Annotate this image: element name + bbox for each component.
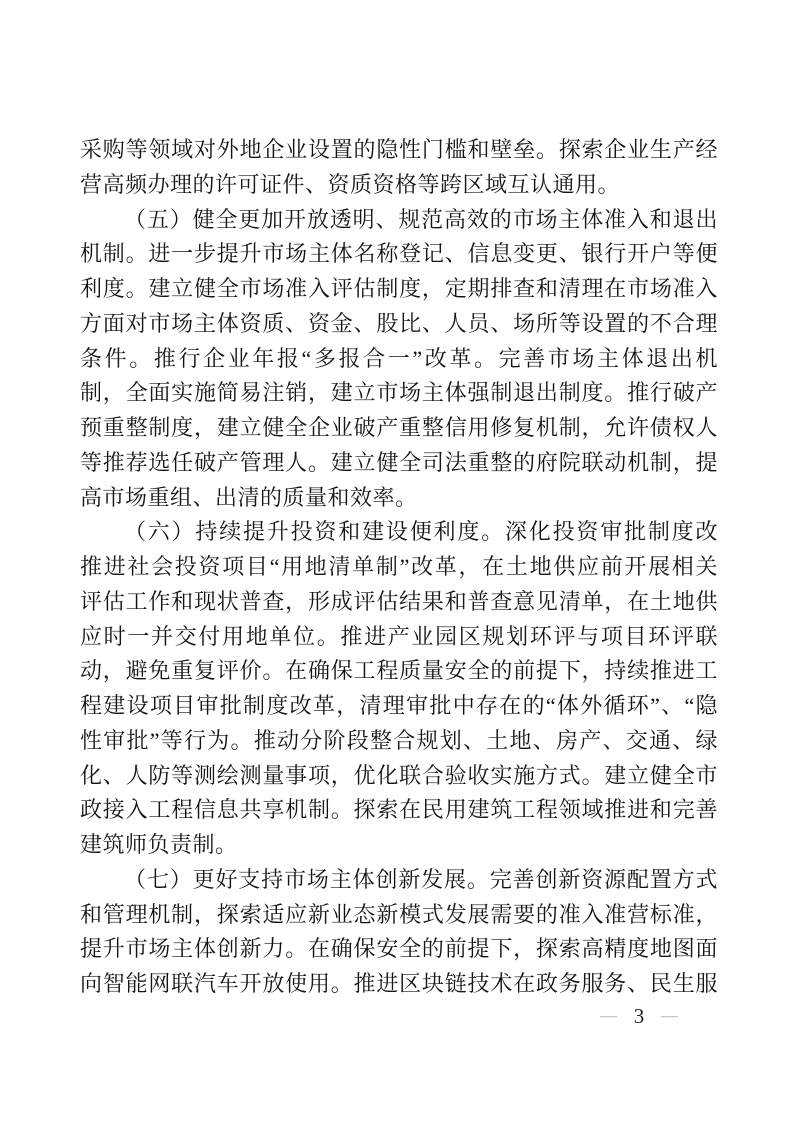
page-number-dash-left: —: [600, 1005, 617, 1027]
text-line: （七）更好支持市场主体创新发展。完善创新资源配置方式: [80, 863, 718, 898]
paragraph: （五）健全更加开放透明、规范高效的市场主体准入和退出机制。进一步提升市场主体名称…: [80, 203, 718, 516]
text-line: 性审批”等行为。推动分阶段整合规划、土地、房产、交通、绿: [80, 724, 718, 759]
text-line: 采购等领域对外地企业设置的隐性门槛和壁垒。探索企业生产经: [80, 133, 718, 168]
text-line: 向智能网联汽车开放使用。推进区块链技术在政务服务、民生服: [80, 967, 718, 1002]
text-line: 营高频办理的许可证件、资质资格等跨区域互认通用。: [80, 168, 718, 203]
text-line: 化、人防等测绘测量事项，优化联合验收实施方式。建立健全市: [80, 759, 718, 794]
text-line: 制，全面实施简易注销，建立市场主体强制退出制度。推行破产: [80, 376, 718, 411]
text-line: 建筑师负责制。: [80, 828, 718, 863]
text-line: 应时一并交付用地单位。推进产业园区规划环评与项目环评联: [80, 620, 718, 655]
text-line: 推进社会投资项目“用地清单制”改革，在土地供应前开展相关: [80, 550, 718, 585]
text-line: 等推荐选任破产管理人。建立健全司法重整的府院联动机制，提: [80, 446, 718, 481]
text-line: （六）持续提升投资和建设便利度。深化投资审批制度改革。: [80, 515, 718, 550]
text-line: 利度。建立健全市场准入评估制度，定期排查和清理在市场准入: [80, 272, 718, 307]
text-line: 方面对市场主体资质、资金、股比、人员、场所等设置的不合理: [80, 307, 718, 342]
text-line: 条件。推行企业年报“多报合一”改革。完善市场主体退出机: [80, 342, 718, 377]
text-line: （五）健全更加开放透明、规范高效的市场主体准入和退出: [80, 203, 718, 238]
paragraph: （七）更好支持市场主体创新发展。完善创新资源配置方式和管理机制，探索适应新业态新…: [80, 863, 718, 1002]
paragraph: 采购等领域对外地企业设置的隐性门槛和壁垒。探索企业生产经营高频办理的许可证件、资…: [80, 133, 718, 203]
paragraph: （六）持续提升投资和建设便利度。深化投资审批制度改革。推进社会投资项目“用地清单…: [80, 515, 718, 863]
document-page: 采购等领域对外地企业设置的隐性门槛和壁垒。探索企业生产经营高频办理的许可证件、资…: [0, 0, 800, 1133]
text-line: 动，避免重复评价。在确保工程质量安全的前提下，持续推进工: [80, 654, 718, 689]
page-footer: — 3 —: [600, 1002, 678, 1030]
document-body: 采购等领域对外地企业设置的隐性门槛和壁垒。探索企业生产经营高频办理的许可证件、资…: [80, 133, 718, 1002]
text-line: 预重整制度，建立健全企业破产重整信用修复机制，允许债权人: [80, 411, 718, 446]
text-line: 机制。进一步提升市场主体名称登记、信息变更、银行开户等便: [80, 237, 718, 272]
text-line: 评估工作和现状普查，形成评估结果和普查意见清单，在土地供: [80, 585, 718, 620]
page-number: 3: [634, 1002, 645, 1030]
text-line: 和管理机制，探索适应新业态新模式发展需要的准入准营标准，: [80, 898, 718, 933]
text-line: 提升市场主体创新力。在确保安全的前提下，探索高精度地图面: [80, 932, 718, 967]
text-line: 程建设项目审批制度改革，清理审批中存在的“体外循环”、“隐: [80, 689, 718, 724]
text-line: 政接入工程信息共享机制。探索在民用建筑工程领域推进和完善: [80, 793, 718, 828]
page-number-dash-right: —: [661, 1005, 678, 1027]
text-line: 高市场重组、出清的质量和效率。: [80, 481, 718, 516]
